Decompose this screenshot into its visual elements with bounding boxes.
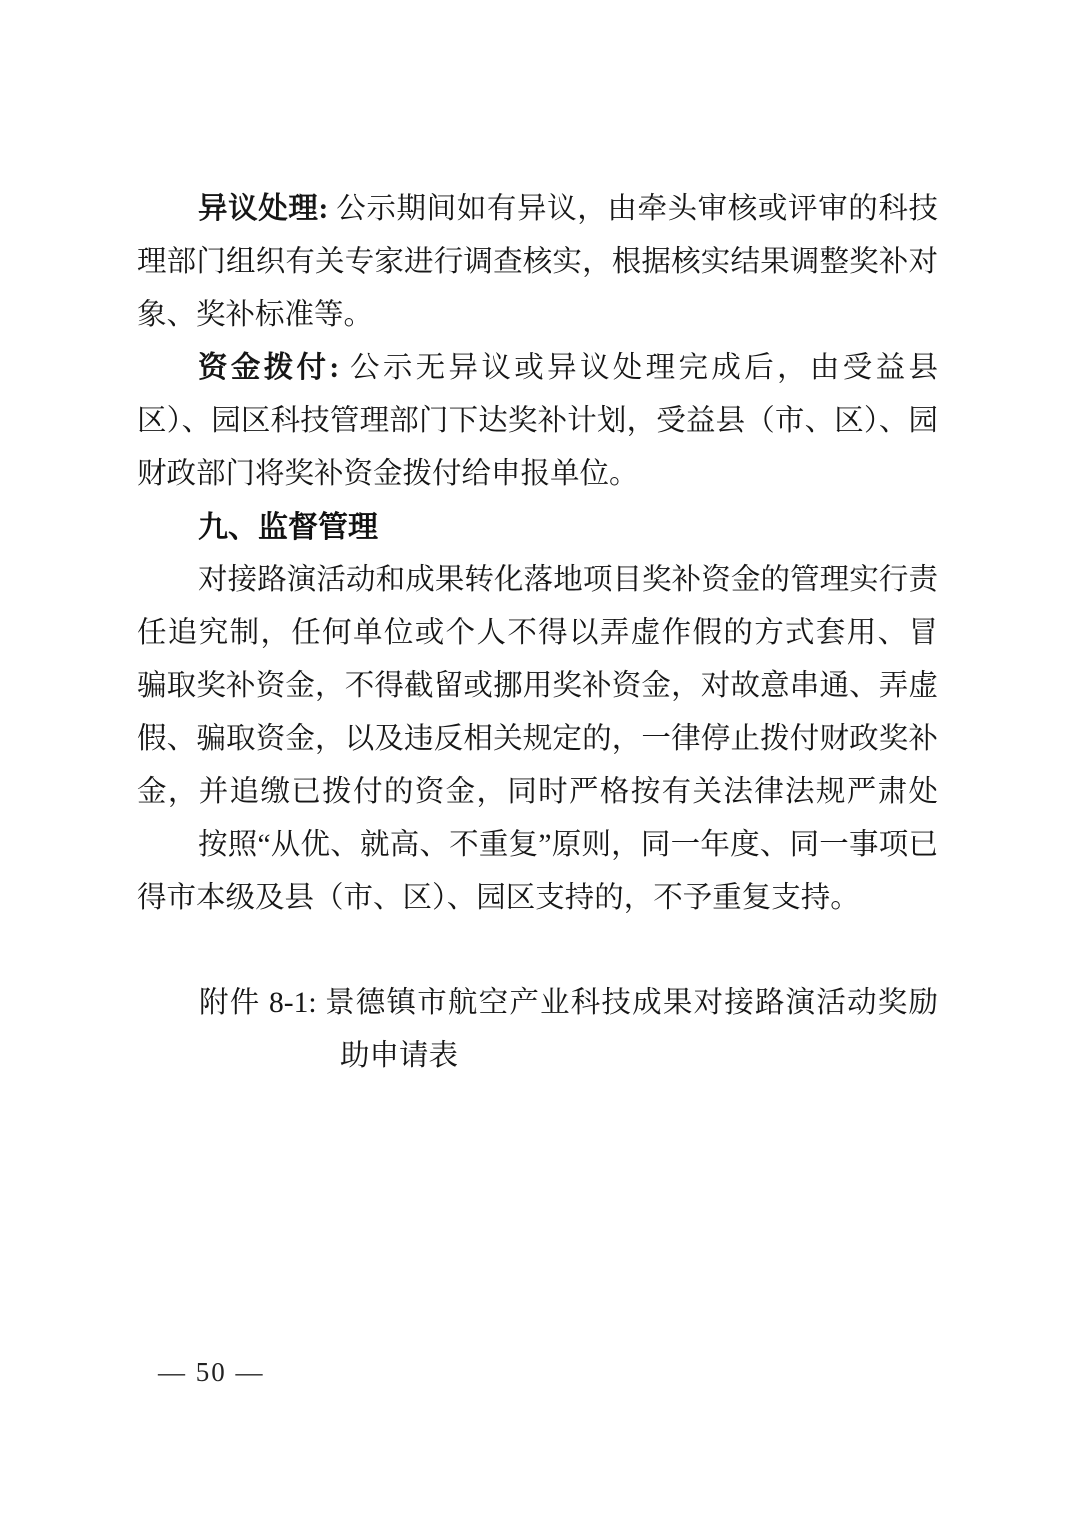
- paragraph-objection-lead: 异议处理:: [198, 193, 328, 225]
- paragraph-no-duplicate-line-1: 按照“从优、就高、不重复”原则，同一年度、同一事项已获: [137, 819, 938, 872]
- paragraph-supervision-line-2: 任追究制，任何单位或个人不得以弄虚作假的方式套用、冒领、: [137, 607, 938, 660]
- paragraph-objection-line-3: 象、奖补标准等。: [137, 289, 938, 342]
- page-number: — 50 —: [158, 1352, 265, 1392]
- paragraph-fund-allocation-line-2: 区）、园区科技管理部门下达奖补计划，受益县（市、区）、园区: [137, 395, 938, 448]
- paragraph-objection-line-2: 理部门组织有关专家进行调查核实，根据核实结果调整奖补对: [137, 236, 938, 289]
- paragraph-supervision-line-1: 对接路演活动和成果转化落地项目奖补资金的管理实行责: [137, 554, 938, 607]
- paragraph-no-duplicate-line-2: 得市本级及县（市、区）、园区支持的，不予重复支持。: [137, 872, 938, 925]
- paragraph-supervision-line-5: 金，并追缴已拨付的资金，同时严格按有关法律法规严肃处理。: [137, 766, 938, 819]
- attachment-reference-line-1: 附件 8-1: 景德镇市航空产业科技成果对接路演活动奖励补: [137, 977, 938, 1030]
- paragraph-supervision-line-4: 假、骗取资金，以及违反相关规定的，一律停止拨付财政奖补资: [137, 713, 938, 766]
- section-heading-supervision: 九、监督管理: [137, 501, 938, 554]
- paragraph-fund-allocation-line-1: 资金拨付: 公示无异议或异议处理完成后，由受益县（市、: [137, 342, 938, 395]
- paragraph-supervision-line-3: 骗取奖补资金，不得截留或挪用奖补资金，对故意串通、弄虚作: [137, 660, 938, 713]
- paragraph-fund-allocation-line-3: 财政部门将奖补资金拨付给申报单位。: [137, 448, 938, 501]
- document-body: 异议处理: 公示期间如有异议，由牵头审核或评审的科技管 理部门组织有关专家进行调…: [137, 183, 938, 1083]
- paragraph-objection-line-1: 异议处理: 公示期间如有异议，由牵头审核或评审的科技管: [137, 183, 938, 236]
- attachment-reference-line-2: 助申请表: [137, 1030, 938, 1083]
- document-page: 异议处理: 公示期间如有异议，由牵头审核或评审的科技管 理部门组织有关专家进行调…: [0, 0, 1074, 1520]
- paragraph-fund-allocation-lead: 资金拨付:: [198, 352, 339, 384]
- blank-line-spacer: [137, 925, 938, 977]
